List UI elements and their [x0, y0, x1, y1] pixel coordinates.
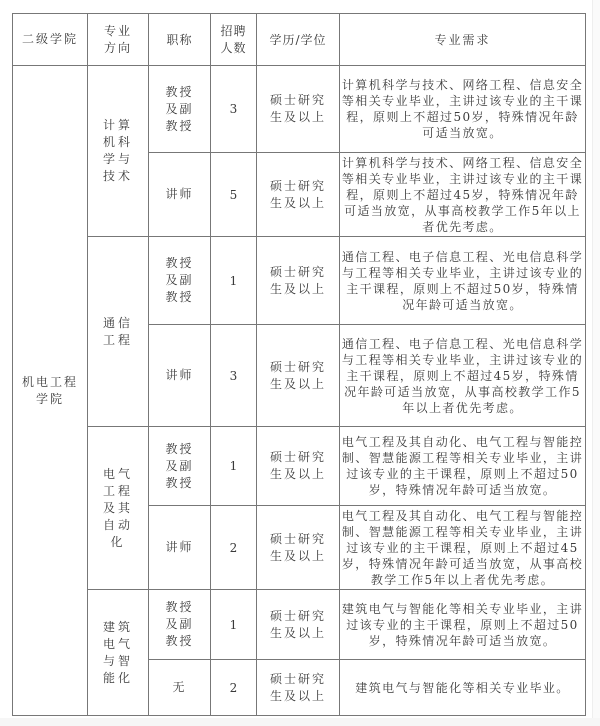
title-label: 教授及副教授: [160, 84, 200, 135]
major-cell: 电气工程及其自动化: [88, 427, 149, 590]
header-major-label: 专业方向: [98, 23, 138, 57]
title-cell: 教授及副教授: [149, 66, 211, 153]
major-cell: 通信工程: [88, 237, 149, 427]
title-cell: 讲师: [149, 153, 211, 237]
title-cell: 讲师: [149, 506, 211, 590]
table-header-row: 二级学院 专业方向 职称 招聘人数 学历/学位 专业需求: [13, 14, 586, 66]
degree-label: 硕士研究生及以上: [265, 671, 331, 705]
degree-cell: 硕士研究生及以上: [257, 427, 340, 506]
college-cell: 机电工程学院: [13, 66, 88, 716]
degree-label: 硕士研究生及以上: [265, 92, 331, 126]
count-cell: 1: [211, 590, 257, 660]
degree-cell: 硕士研究生及以上: [257, 660, 340, 716]
degree-label: 硕士研究生及以上: [265, 264, 331, 298]
degree-cell: 硕士研究生及以上: [257, 590, 340, 660]
major-label: 建筑电气与智能化: [97, 619, 139, 687]
major-cell: 计算机科学与技术: [88, 66, 149, 237]
title-label: 讲师: [160, 539, 200, 556]
header-requirement: 专业需求: [340, 14, 586, 66]
table-row: 电气工程及其自动化 教授及副教授 1 硕士研究生及以上 电气工程及其自动化、电气…: [13, 427, 586, 506]
header-degree-label: 学历/学位: [269, 33, 326, 47]
title-cell: 无: [149, 660, 211, 716]
title-label: 讲师: [160, 186, 200, 203]
count-cell: 3: [211, 66, 257, 153]
major-label: 电气工程及其自动化: [97, 466, 139, 551]
college-label: 机电工程学院: [22, 374, 78, 408]
header-title: 职称: [149, 14, 211, 66]
title-cell: 教授及副教授: [149, 427, 211, 506]
title-cell: 教授及副教授: [149, 590, 211, 660]
requirement-cell: 计算机科学与技术、网络工程、信息安全等相关专业毕业，主讲过该专业的主干课程，原则…: [340, 66, 586, 153]
count-cell: 2: [211, 660, 257, 716]
header-count-label: 招聘人数: [219, 23, 249, 57]
table-row: 通信工程 教授及副教授 1 硕士研究生及以上 通信工程、电子信息工程、光电信息科…: [13, 237, 586, 325]
requirement-cell: 电气工程及其自动化、电气工程与智能控制、智慧能源工程等相关专业毕业，主讲过该专业…: [340, 427, 586, 506]
degree-label: 硕士研究生及以上: [265, 178, 331, 212]
header-requirement-label: 专业需求: [434, 33, 490, 47]
count-cell: 1: [211, 237, 257, 325]
degree-label: 硕士研究生及以上: [265, 449, 331, 483]
header-count: 招聘人数: [211, 14, 257, 66]
degree-cell: 硕士研究生及以上: [257, 153, 340, 237]
degree-cell: 硕士研究生及以上: [257, 325, 340, 427]
requirement-cell: 通信工程、电子信息工程、光电信息科学与工程等相关专业毕业，主讲过该专业的主干课程…: [340, 237, 586, 325]
title-label: 无: [160, 679, 200, 696]
header-title-label: 职称: [166, 33, 192, 47]
requirement-cell: 建筑电气与智能化等相关专业毕业，主讲过该专业的主干课程，原则上不超过50岁，特殊…: [340, 590, 586, 660]
page-bottom-edge: [0, 718, 600, 726]
requirement-cell: 通信工程、电子信息工程、光电信息科学与工程等相关专业毕业，主讲过该专业的主干课程…: [340, 325, 586, 427]
major-cell: 建筑电气与智能化: [88, 590, 149, 716]
table-row: 机电工程学院 计算机科学与技术 教授及副教授 3 硕士研究生及以上 计算机科学与…: [13, 66, 586, 153]
major-label: 通信工程: [103, 315, 133, 349]
header-college-label: 二级学院: [22, 31, 78, 48]
degree-label: 硕士研究生及以上: [265, 359, 331, 393]
table-row: 建筑电气与智能化 教授及副教授 1 硕士研究生及以上 建筑电气与智能化等相关专业…: [13, 590, 586, 660]
title-label: 讲师: [160, 367, 200, 384]
count-cell: 5: [211, 153, 257, 237]
header-major: 专业方向: [88, 14, 149, 66]
count-cell: 1: [211, 427, 257, 506]
requirement-cell: 计算机科学与技术、网络工程、信息安全等相关专业毕业，主讲过该专业的主干课程，原则…: [340, 153, 586, 237]
requirement-cell: 电气工程及其自动化、电气工程与智能控制、智慧能源工程等相关专业毕业，主讲过该专业…: [340, 506, 586, 590]
title-cell: 教授及副教授: [149, 237, 211, 325]
degree-cell: 硕士研究生及以上: [257, 66, 340, 153]
major-label: 计算机科学与技术: [97, 117, 139, 185]
header-college: 二级学院: [13, 14, 88, 66]
degree-label: 硕士研究生及以上: [265, 608, 331, 642]
title-label: 教授及副教授: [160, 441, 200, 492]
title-cell: 讲师: [149, 325, 211, 427]
degree-cell: 硕士研究生及以上: [257, 506, 340, 590]
degree-label: 硕士研究生及以上: [265, 531, 331, 565]
title-label: 教授及副教授: [160, 599, 200, 650]
title-label: 教授及副教授: [160, 255, 200, 306]
degree-cell: 硕士研究生及以上: [257, 237, 340, 325]
count-cell: 2: [211, 506, 257, 590]
header-degree: 学历/学位: [257, 14, 340, 66]
page-edge: [592, 0, 600, 726]
count-cell: 3: [211, 325, 257, 427]
recruitment-table: 二级学院 专业方向 职称 招聘人数 学历/学位 专业需求 机电工程学院 计算机科…: [12, 13, 586, 716]
requirement-cell: 建筑电气与智能化等相关专业毕业。: [340, 660, 586, 716]
